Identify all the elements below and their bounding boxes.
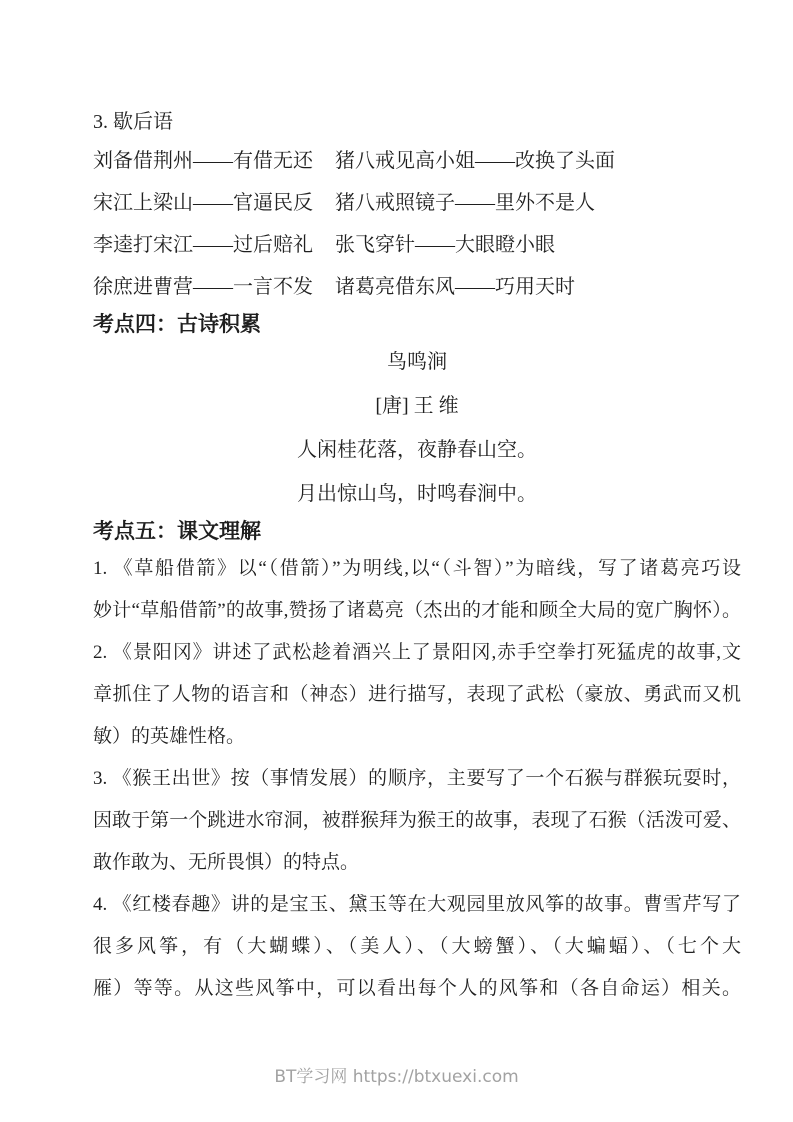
saying-right: 张飞穿针——大眼瞪小眼	[335, 228, 741, 257]
paragraph-line: 4. 《红楼春趣》讲的是宝玉、黛玉等在大观园里放风筝的故事。曹雪芹写了	[93, 884, 741, 926]
saying-right: 猪八戒见高小姐——改换了头面	[335, 144, 741, 173]
saying-left: 徐庶进曹营——一言不发	[93, 270, 335, 299]
saying-row: 徐庶进曹营——一言不发 诸葛亮借东风——巧用天时	[93, 263, 741, 305]
paragraph-line: 雁）等等。从这些风筝中，可以看出每个人的风筝和（各自命运）相关。	[93, 968, 741, 1010]
saying-left: 李逵打宋江——过后赔礼	[93, 228, 335, 257]
poem-line: 月出惊山鸟，时鸣春涧中。	[93, 472, 741, 516]
poem-line: 人闲桂花落，夜静春山空。	[93, 428, 741, 472]
paragraph-line: 3. 《猴王出世》按（事情发展）的顺序，主要写了一个石猴与群猴玩耍时，	[93, 758, 741, 800]
saying-right: 诸葛亮借东风——巧用天时	[335, 270, 741, 299]
paragraph-line: 2. 《景阳冈》讲述了武松趁着酒兴上了景阳冈,赤手空拳打死猛虎的故事,文	[93, 632, 741, 674]
poem-block: 鸟鸣涧 [唐] 王 维 人闲桂花落，夜静春山空。 月出惊山鸟，时鸣春涧中。	[93, 340, 741, 516]
paragraph-line: 敏）的英雄性格。	[93, 716, 741, 758]
poem-title: 鸟鸣涧	[93, 340, 741, 384]
paragraph-line: 因敢于第一个跳进水帘洞，被群猴拜为猴王的故事，表现了石猴（活泼可爱、	[93, 800, 741, 842]
saying-row: 李逵打宋江——过后赔礼 张飞穿针——大眼瞪小眼	[93, 221, 741, 263]
xiehouyu-list: 刘备借荆州——有借无还 猪八戒见高小姐——改换了头面 宋江上梁山——官逼民反 猪…	[93, 137, 741, 305]
paragraph-line: 章抓住了人物的语言和（神态）进行描写，表现了武松（豪放、勇武而又机	[93, 674, 741, 716]
saying-row: 刘备借荆州——有借无还 猪八戒见高小姐——改换了头面	[93, 137, 741, 179]
paragraph-line: 很多风筝，有（大蝴蝶）、（美人）、（大螃蟹）、（大蝙蝠）、（七个大	[93, 926, 741, 968]
saying-left: 宋江上梁山——官逼民反	[93, 186, 335, 215]
xiehouyu-heading: 3. 歇后语	[93, 105, 173, 134]
document-page: 3. 歇后语 刘备借荆州——有借无还 猪八戒见高小姐——改换了头面 宋江上梁山—…	[0, 0, 793, 1122]
kaodian5-heading: 考点五：课文理解	[93, 515, 261, 545]
paragraph-line: 妙计“草船借箭”的故事,赞扬了诸葛亮（杰出的才能和顾全大局的宽广胸怀）。	[93, 590, 741, 632]
poem-author: [唐] 王 维	[93, 384, 741, 428]
saying-row: 宋江上梁山——官逼民反 猪八戒照镜子——里外不是人	[93, 179, 741, 221]
footer-watermark: BT学习网 https://btxuexi.com	[0, 1062, 793, 1087]
paragraph-line: 1. 《草船借箭》以“（借箭）”为明线,以“（斗智）”为暗线，写了诸葛亮巧设	[93, 548, 741, 590]
saying-left: 刘备借荆州——有借无还	[93, 144, 335, 173]
paragraph-line: 敢作敢为、无所畏惧）的特点。	[93, 842, 741, 884]
saying-right: 猪八戒照镜子——里外不是人	[335, 186, 741, 215]
kaodian4-heading: 考点四：古诗积累	[93, 308, 261, 338]
comprehension-paragraphs: 1. 《草船借箭》以“（借箭）”为明线,以“（斗智）”为暗线，写了诸葛亮巧设 妙…	[93, 548, 741, 1010]
